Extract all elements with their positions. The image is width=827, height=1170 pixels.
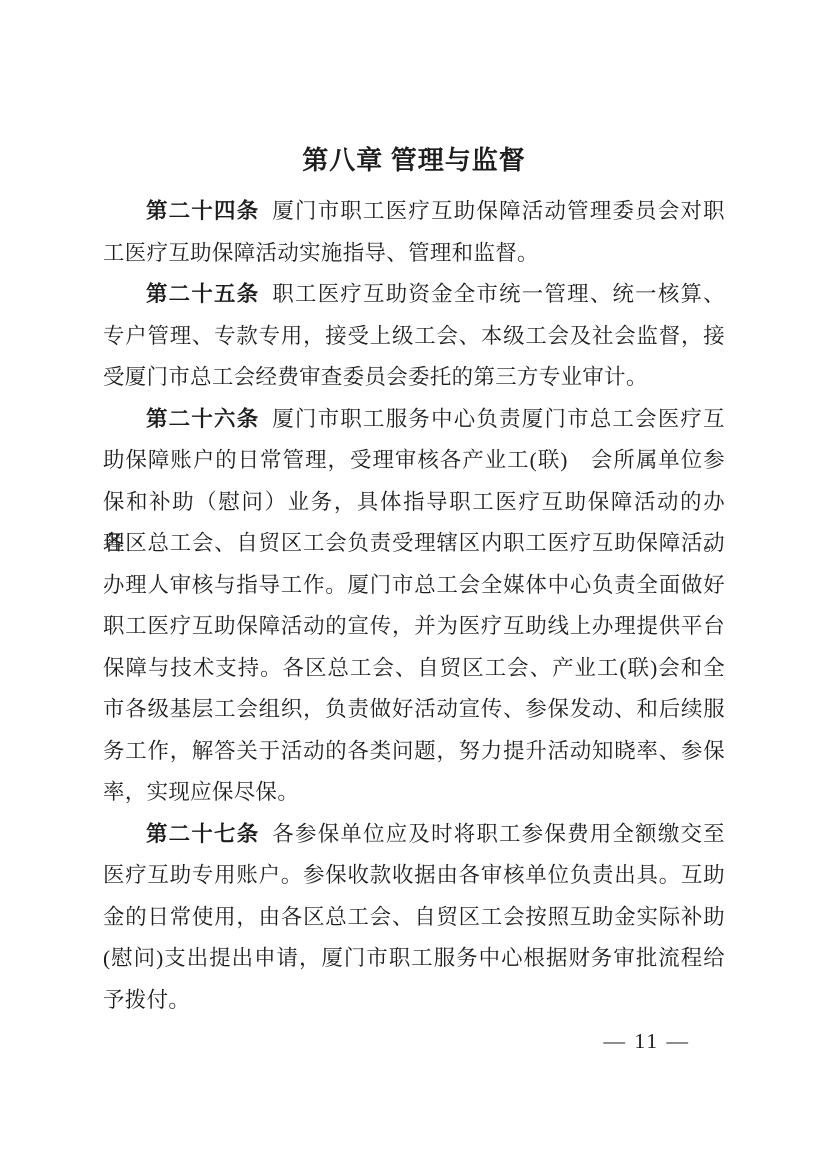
- text-line: 各区总工会、自贸区工会负责受理辖区内职工医疗互助保障活动: [103, 523, 725, 565]
- text-line: 专户管理、专款专用，接受上级工会、本级工会及社会监督，接: [103, 316, 725, 358]
- text-line: 金的日常使用，由各区总工会、自贸区工会按照互助金实际补助: [103, 897, 725, 939]
- article-paragraph: 第二十五条职工医疗互助资金全市统一管理、统一核算、专户管理、专款专用，接受上级工…: [103, 274, 725, 399]
- text-line: 第二十五条职工医疗互助资金全市统一管理、统一核算、: [103, 274, 725, 316]
- line-text: 各参保单位应及时将职工参保费用全额缴交至: [272, 822, 725, 846]
- article-paragraph: 第二十四条厦门市职工医疗互助保障活动管理委员会对职工医疗互助保障活动实施指导、管…: [103, 191, 725, 274]
- text-line: 工医疗互助保障活动实施指导、管理和监督。: [103, 233, 725, 275]
- article-number: 第二十四条: [146, 199, 259, 223]
- article-number: 第二十六条: [146, 407, 259, 431]
- text-line: 第二十七条各参保单位应及时将职工参保费用全额缴交至: [103, 814, 725, 856]
- text-line: 第二十六条厦门市职工服务中心负责厦门市总工会医疗互: [103, 399, 725, 441]
- text-line: 第二十四条厦门市职工医疗互助保障活动管理委员会对职: [103, 191, 725, 233]
- text-line: 保和补助（慰问）业务，具体指导职工医疗互助保障活动的办理。: [103, 482, 725, 524]
- document-page: 第八章 管理与监督 第二十四条厦门市职工医疗互助保障活动管理委员会对职工医疗互助…: [0, 0, 827, 1170]
- text-line: 率，实现应保尽保。: [103, 772, 725, 814]
- text-line: 保障与技术支持。各区总工会、自贸区工会、产业工(联)会和全: [103, 648, 725, 690]
- line-text: 厦门市职工服务中心负责厦门市总工会医疗互: [272, 407, 725, 431]
- article-paragraph: 第二十七条各参保单位应及时将职工参保费用全额缴交至医疗互助专用账户。参保收款收据…: [103, 814, 725, 1022]
- article-paragraph: 第二十六条厦门市职工服务中心负责厦门市总工会医疗互助保障账户的日常管理，受理审核…: [103, 399, 725, 814]
- text-line: (慰问)支出提出申请，厦门市职工服务中心根据财务审批流程给: [103, 938, 725, 980]
- chapter-heading: 第八章 管理与监督: [103, 140, 725, 182]
- line-text: 厦门市职工医疗互助保障活动管理委员会对职: [272, 199, 725, 223]
- article-number: 第二十七条: [146, 822, 259, 846]
- text-line: 受厦门市总工会经费审查委员会委托的第三方专业审计。: [103, 357, 725, 399]
- page-content: 第八章 管理与监督 第二十四条厦门市职工医疗互助保障活动管理委员会对职工医疗互助…: [103, 140, 725, 1021]
- line-text: 职工医疗互助资金全市统一管理、统一核算、: [272, 282, 725, 306]
- page-number: — 11 —: [604, 1026, 690, 1056]
- text-line: 办理人审核与指导工作。厦门市总工会全媒体中心负责全面做好: [103, 565, 725, 607]
- text-line: 予拨付。: [103, 980, 725, 1022]
- text-line: 市各级基层工会组织，负责做好活动宣传、参保发动、和后续服: [103, 689, 725, 731]
- text-line: 务工作，解答关于活动的各类问题，努力提升活动知晓率、参保: [103, 731, 725, 773]
- text-line: 医疗互助专用账户。参保收款收据由各审核单位负责出具。互助: [103, 855, 725, 897]
- text-line: 助保障账户的日常管理，受理审核各产业工(联) 会所属单位参: [103, 440, 725, 482]
- article-number: 第二十五条: [146, 282, 259, 306]
- text-line: 职工医疗互助保障活动的宣传，并为医疗互助线上办理提供平台: [103, 606, 725, 648]
- article-list: 第二十四条厦门市职工医疗互助保障活动管理委员会对职工医疗互助保障活动实施指导、管…: [103, 191, 725, 1021]
